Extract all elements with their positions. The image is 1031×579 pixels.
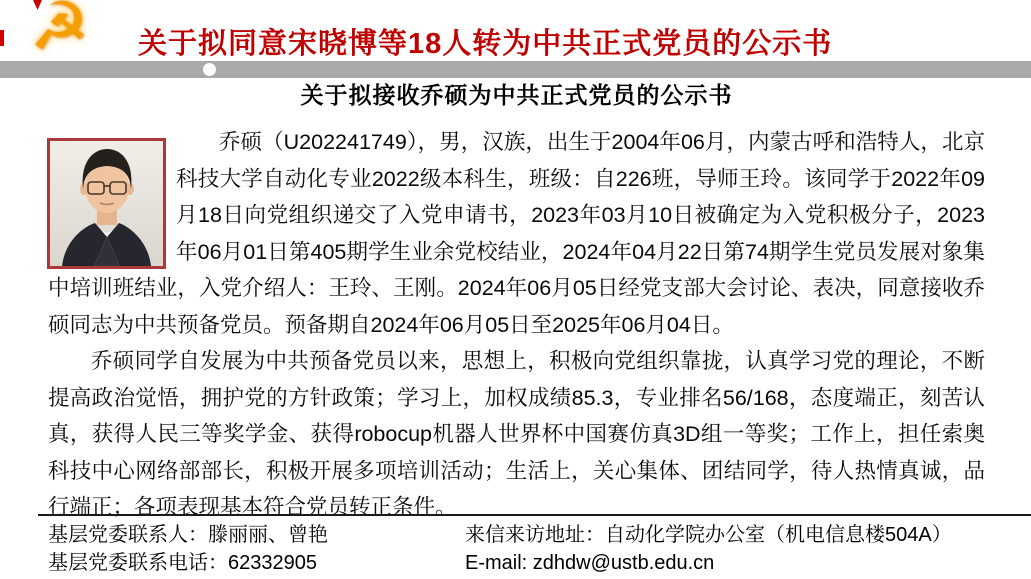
footer-right-column: 来信来访地址：自动化学院办公室（机电信息楼504A） E-mail: zdhdw… — [465, 521, 952, 577]
email-line: E-mail: zdhdw@ustb.edu.cn — [465, 549, 952, 577]
notice-page: ☭ 关于拟同意宋晓博等18人转为中共正式党员的公示书 关于拟接收乔硕为中共正式党… — [0, 0, 1031, 579]
red-corner-mark-left — [0, 30, 4, 46]
portrait-image — [50, 141, 163, 266]
header-divider-bar — [0, 61, 1031, 78]
notice-content: 关于拟接收乔硕为中共正式党员的公示书 — [48, 80, 985, 526]
party-emblem-icon: ☭ — [30, 0, 89, 60]
paragraph-basic-info: 乔硕（U202241749），男，汉族，出生于2004年06月，内蒙古呼和浩特人… — [48, 124, 985, 343]
header-title: 关于拟同意宋晓博等18人转为中共正式党员的公示书 — [138, 21, 832, 62]
paragraph-performance: 乔硕同学自发展为中共预备党员以来，思想上，积极向党组织靠拢，认真学习党的理论，不… — [48, 343, 985, 526]
visit-address-line: 来信来访地址：自动化学院办公室（机电信息楼504A） — [465, 521, 952, 549]
notice-title: 关于拟接收乔硕为中共正式党员的公示书 — [48, 80, 985, 110]
applicant-photo — [47, 138, 166, 269]
divider-dot-icon — [203, 63, 216, 76]
footer-divider — [38, 514, 1031, 516]
footer: 基层党委联系人：滕丽丽、曾艳 基层党委联系电话：62332905 来信来访地址：… — [48, 521, 985, 577]
